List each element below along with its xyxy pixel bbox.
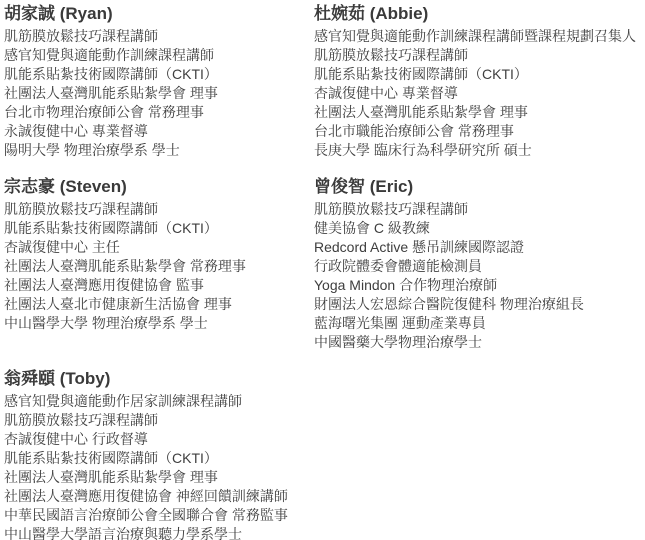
- credential-line: 肌能系貼紮技術國際講師（CKTI）: [4, 65, 314, 84]
- empty-cell: [314, 368, 643, 540]
- credential-line: 肌能系貼紮技術國際講師（CKTI）: [314, 65, 643, 84]
- credential-line: 中山醫學大學語言治療與聽力學系學士: [4, 525, 314, 540]
- credential-line: 感官知覺與適能動作訓練課程講師暨課程規劃召集人: [314, 27, 643, 46]
- credential-line: 中華民國語言治療師公會全國聯合會 常務監事: [4, 506, 314, 525]
- credential-line: 永誠復健中心 專業督導: [4, 122, 314, 141]
- credential-line: 肌能系貼紮技術國際講師（CKTI）: [4, 219, 314, 238]
- credential-line: 陽明大學 物理治療學系 學士: [4, 141, 314, 160]
- credential-line: 行政院體委會體適能檢測員: [314, 257, 643, 276]
- credential-line: 台北市職能治療師公會 常務理事: [314, 122, 643, 141]
- credential-list: 肌筋膜放鬆技巧課程講師肌能系貼紮技術國際講師（CKTI）杏誠復健中心 主任社團法…: [4, 200, 314, 333]
- credential-line: 財團法人宏恩綜合醫院復健科 物理治療組長: [314, 295, 643, 314]
- credential-line: 肌筋膜放鬆技巧課程講師: [314, 200, 643, 219]
- credential-line: 社團法人臺灣肌能系貼紮學會 理事: [4, 468, 314, 487]
- credential-line: 社團法人臺北市健康新生活協會 理事: [4, 295, 314, 314]
- credential-line: 中國醫藥大學物理治療學士: [314, 333, 643, 352]
- credential-line: 杏誠復健中心 主任: [4, 238, 314, 257]
- instructor-name: 曾俊智 (Eric): [314, 176, 643, 198]
- credential-line: 肌筋膜放鬆技巧課程講師: [4, 200, 314, 219]
- credential-line: Redcord Active 懸吊訓練國際認證: [314, 238, 643, 257]
- credential-line: 長庚大學 臨床行為科學研究所 碩士: [314, 141, 643, 160]
- credential-line: 感官知覺與適能動作居家訓練課程講師: [4, 392, 314, 411]
- credential-line: 肌能系貼紮技術國際講師（CKTI）: [4, 449, 314, 468]
- credential-line: 社團法人臺灣應用復健協會 神經回饋訓練講師: [4, 487, 314, 506]
- instructor-name: 杜婉茹 (Abbie): [314, 3, 643, 25]
- credential-line: 感官知覺與適能動作訓練課程講師: [4, 46, 314, 65]
- instructor-section-eric: 曾俊智 (Eric) 肌筋膜放鬆技巧課程講師健美協會 C 級教練Redcord …: [314, 176, 643, 352]
- credential-line: 健美協會 C 級教練: [314, 219, 643, 238]
- credential-line: 肌筋膜放鬆技巧課程講師: [4, 27, 314, 46]
- credential-line: 社團法人臺灣肌能系貼紮學會 理事: [4, 84, 314, 103]
- credential-line: 台北市物理治療師公會 常務理事: [4, 103, 314, 122]
- credential-line: 藍海曙光集團 運動產業專員: [314, 314, 643, 333]
- credential-list: 肌筋膜放鬆技巧課程講師感官知覺與適能動作訓練課程講師肌能系貼紮技術國際講師（CK…: [4, 27, 314, 160]
- instructor-bios-page: 胡家誠 (Ryan) 肌筋膜放鬆技巧課程講師感官知覺與適能動作訓練課程講師肌能系…: [0, 0, 645, 540]
- credential-list: 感官知覺與適能動作居家訓練課程講師肌筋膜放鬆技巧課程講師杏誠復健中心 行政督導肌…: [4, 392, 314, 540]
- credential-line: 杏誠復健中心 行政督導: [4, 430, 314, 449]
- credential-line: 社團法人臺灣肌能系貼紮學會 理事: [314, 103, 643, 122]
- credential-list: 感官知覺與適能動作訓練課程講師暨課程規劃召集人肌筋膜放鬆技巧課程講師肌能系貼紮技…: [314, 27, 643, 160]
- instructor-section-steven: 宗志豪 (Steven) 肌筋膜放鬆技巧課程講師肌能系貼紮技術國際講師（CKTI…: [4, 176, 314, 352]
- credential-line: 社團法人臺灣應用復健協會 監事: [4, 276, 314, 295]
- instructor-section-ryan: 胡家誠 (Ryan) 肌筋膜放鬆技巧課程講師感官知覺與適能動作訓練課程講師肌能系…: [4, 3, 314, 160]
- credential-line: 中山醫學大學 物理治療學系 學士: [4, 314, 314, 333]
- credential-line: 社團法人臺灣肌能系貼紮學會 常務理事: [4, 257, 314, 276]
- instructor-name: 翁舜頤 (Toby): [4, 368, 314, 390]
- credential-line: Yoga Mindon 合作物理治療師: [314, 276, 643, 295]
- instructor-section-abbie: 杜婉茹 (Abbie) 感官知覺與適能動作訓練課程講師暨課程規劃召集人肌筋膜放鬆…: [314, 3, 643, 160]
- instructor-section-toby: 翁舜頤 (Toby) 感官知覺與適能動作居家訓練課程講師肌筋膜放鬆技巧課程講師杏…: [4, 368, 314, 540]
- credential-list: 肌筋膜放鬆技巧課程講師健美協會 C 級教練Redcord Active 懸吊訓練…: [314, 200, 643, 352]
- instructor-name: 宗志豪 (Steven): [4, 176, 314, 198]
- instructor-name: 胡家誠 (Ryan): [4, 3, 314, 25]
- credential-line: 杏誠復健中心 專業督導: [314, 84, 643, 103]
- credential-line: 肌筋膜放鬆技巧課程講師: [314, 46, 643, 65]
- credential-line: 肌筋膜放鬆技巧課程講師: [4, 411, 314, 430]
